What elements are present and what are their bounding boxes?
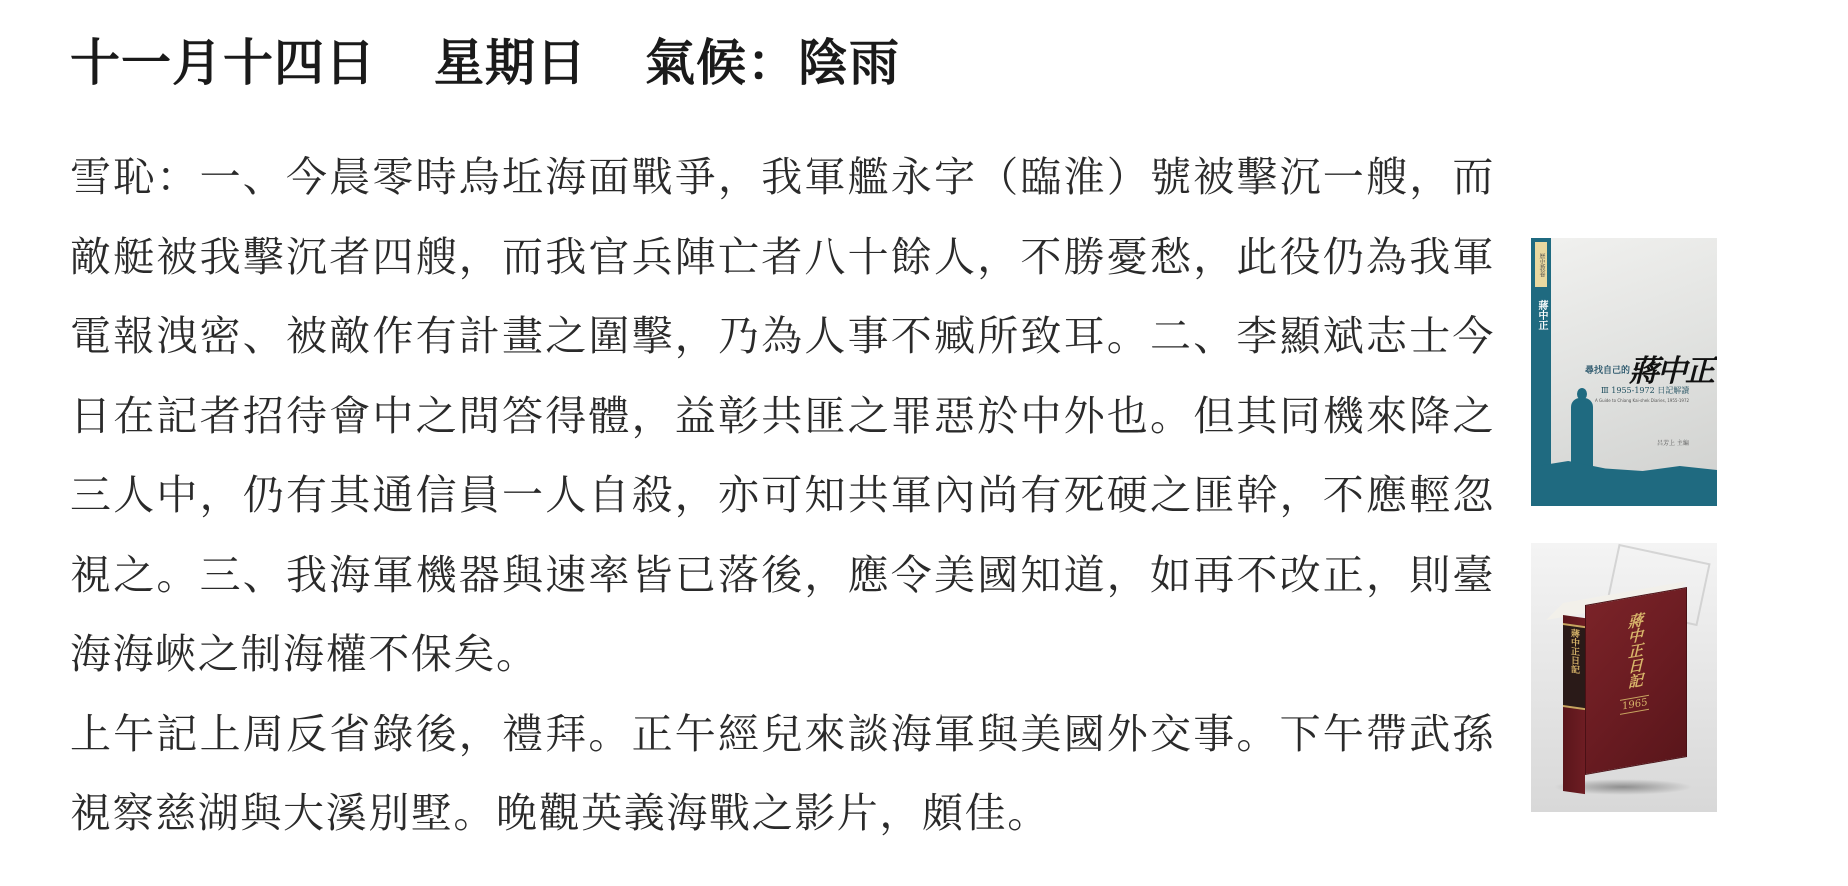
book-front-cover: 蔣中正日記 1965: [1585, 587, 1687, 775]
landscape-silhouette: [1531, 456, 1717, 506]
diary-page: 十一月十四日星期日氣候：陰雨 雪恥：一、今晨零時烏坵海面戰爭，我軍艦永字（臨淮）…: [0, 0, 1848, 886]
text-line: 日在記者招待會中之問答得體，益彰共匪之罪惡於中外也。但其同機來降之: [70, 377, 1495, 457]
spine-title: 蔣中正日記: [1566, 627, 1582, 674]
entry-body: 雪恥：一、今晨零時烏坵海面戰爭，我軍艦永字（臨淮）號被擊沉一艘，而 敵艇被我擊沉…: [70, 138, 1510, 854]
book-author: 呂芳上 主編: [1657, 438, 1689, 447]
book-spine: 蔣中正日記: [1563, 615, 1585, 794]
book-cover-guide: 歷史教養 蔣中正 尋找自己的 蔣中正 Ⅲ 1955-1972 日記解讀 A Gu…: [1531, 238, 1717, 506]
book-subtitle: 尋找自己的: [1585, 363, 1630, 376]
text-line: 三人中，仍有其通信員一人自殺，亦可知共軍內尚有死硬之匪幹，不應輕忽: [70, 456, 1495, 536]
text-line: 海海峽之制海權不保矣。: [70, 615, 1510, 695]
paragraph-1: 雪恥：一、今晨零時烏坵海面戰爭，我軍艦永字（臨淮）號被擊沉一艘，而 敵艇被我擊沉…: [70, 138, 1510, 695]
text-line: 上午記上周反省錄後，禮拜。正午經兒來談海軍與美國外交事。下午帶武孫: [70, 695, 1495, 775]
silhouette-figure-icon: [1571, 398, 1593, 468]
text-line: 敵艇被我擊沉者四艘，而我官兵陣亡者八十餘人，不勝憂愁，此役仍為我軍: [70, 218, 1495, 298]
book-year: 1965: [1620, 695, 1649, 715]
book-title: 蔣中正日記: [1624, 611, 1646, 690]
paragraph-2: 上午記上周反省錄後，禮拜。正午經兒來談海軍與美國外交事。下午帶武孫 視察慈湖與大…: [70, 695, 1510, 854]
text-line: 雪恥：一、今晨零時烏坵海面戰爭，我軍艦永字（臨淮）號被擊沉一艘，而: [70, 138, 1495, 218]
text-line: 電報洩密、被敵作有計畫之圍擊，乃為人事不臧所致耳。二、李顯斌志士今: [70, 297, 1495, 377]
entry-heading: 十一月十四日星期日氣候：陰雨: [70, 28, 900, 98]
entry-date: 十一月十四日: [70, 28, 376, 98]
entry-weekday: 星期日: [434, 28, 587, 98]
spine-title: 蔣中正: [1534, 300, 1548, 330]
text-line: 視之。三、我海軍機器與速率皆已落後，應令美國知道，如再不改正，則臺: [70, 536, 1495, 616]
entry-weather: 氣候：陰雨: [645, 28, 900, 98]
book-volume-years: Ⅲ 1955-1972 日記解讀: [1601, 385, 1689, 396]
book-cover-diary-1965: 蔣中正日記 蔣中正日記 1965: [1531, 543, 1717, 812]
text-line: 視察慈湖與大溪別墅。晚觀英義海戰之影片，頗佳。: [70, 774, 1510, 854]
book-english-title: A Guide to Chiang Kai-shek Diaries, 1955…: [1595, 398, 1689, 403]
series-label: 歷史教養: [1535, 242, 1547, 287]
book-title: 蔣中正: [1629, 346, 1713, 390]
